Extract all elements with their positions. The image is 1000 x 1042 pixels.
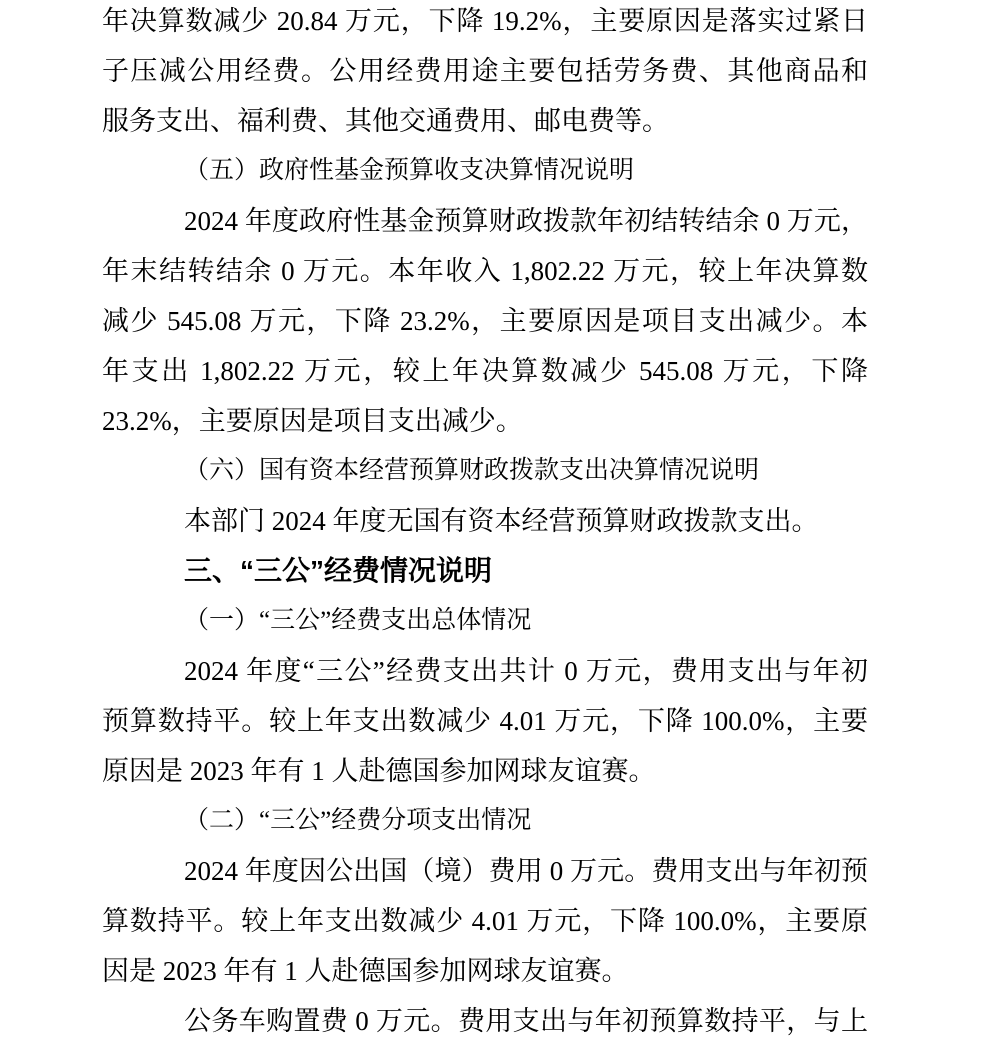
text-line: （五）政府性基金预算收支决算情况说明 — [102, 146, 868, 196]
document-body: 年决算数减少 20.84 万元，下降 19.2%，主要原因是落实过紧日子压减公用… — [102, 0, 868, 1042]
text-line: 2024 年度因公出国（境）费用 0 万元。费用支出与年初预 — [102, 846, 868, 896]
paragraph-body: 2024 年度“三公”经费支出共计 0 万元，费用支出与年初预算数持平。较上年支… — [102, 646, 868, 796]
document-page: 年决算数减少 20.84 万元，下降 19.2%，主要原因是落实过紧日子压减公用… — [0, 0, 1000, 1042]
text-line: 年支出 1,802.22 万元，较上年决算数减少 545.08 万元，下降 — [102, 346, 868, 396]
text-line: （六）国有资本经营预算财政拨款支出决算情况说明 — [102, 446, 868, 496]
text-line: （二）“三公”经费分项支出情况 — [102, 796, 868, 846]
text-line: 2024 年度政府性基金预算财政拨款年初结转结余 0 万元， — [102, 196, 868, 246]
text-line: 减少 545.08 万元，下降 23.2%，主要原因是项目支出减少。本 — [102, 296, 868, 346]
text-line: 三、“三公”经费情况说明 — [102, 546, 868, 596]
text-line: 23.2%，主要原因是项目支出减少。 — [102, 396, 868, 446]
paragraph-subheading: （五）政府性基金预算收支决算情况说明 — [102, 146, 868, 196]
paragraph-subheading: （六）国有资本经营预算财政拨款支出决算情况说明 — [102, 446, 868, 496]
paragraph-body: 公务车购置费 0 万元。费用支出与年初预算数持平，与上 — [102, 996, 868, 1042]
paragraph-heading: 三、“三公”经费情况说明 — [102, 546, 868, 596]
text-line: 年末结转结余 0 万元。本年收入 1,802.22 万元，较上年决算数 — [102, 246, 868, 296]
text-line: 2024 年度“三公”经费支出共计 0 万元，费用支出与年初 — [102, 646, 868, 696]
text-line: 因是 2023 年有 1 人赴德国参加网球友谊赛。 — [102, 946, 868, 996]
text-line: 公务车购置费 0 万元。费用支出与年初预算数持平，与上 — [102, 996, 868, 1042]
text-line: 原因是 2023 年有 1 人赴德国参加网球友谊赛。 — [102, 746, 868, 796]
text-line: 本部门 2024 年度无国有资本经营预算财政拨款支出。 — [102, 496, 868, 546]
text-line: 年决算数减少 20.84 万元，下降 19.2%，主要原因是落实过紧日 — [102, 0, 868, 46]
text-line: （一）“三公”经费支出总体情况 — [102, 596, 868, 646]
text-line: 预算数持平。较上年支出数减少 4.01 万元，下降 100.0%，主要 — [102, 696, 868, 746]
text-line: 子压减公用经费。公用经费用途主要包括劳务费、其他商品和 — [102, 46, 868, 96]
text-line: 服务支出、福利费、其他交通费用、邮电费等。 — [102, 96, 868, 146]
text-line: 算数持平。较上年支出数减少 4.01 万元，下降 100.0%，主要原 — [102, 896, 868, 946]
paragraph-subheading: （二）“三公”经费分项支出情况 — [102, 796, 868, 846]
paragraph-subheading: （一）“三公”经费支出总体情况 — [102, 596, 868, 646]
paragraph-body: 2024 年度因公出国（境）费用 0 万元。费用支出与年初预算数持平。较上年支出… — [102, 846, 868, 996]
paragraph-body: 年决算数减少 20.84 万元，下降 19.2%，主要原因是落实过紧日子压减公用… — [102, 0, 868, 146]
paragraph-body: 本部门 2024 年度无国有资本经营预算财政拨款支出。 — [102, 496, 868, 546]
paragraph-body: 2024 年度政府性基金预算财政拨款年初结转结余 0 万元，年末结转结余 0 万… — [102, 196, 868, 446]
